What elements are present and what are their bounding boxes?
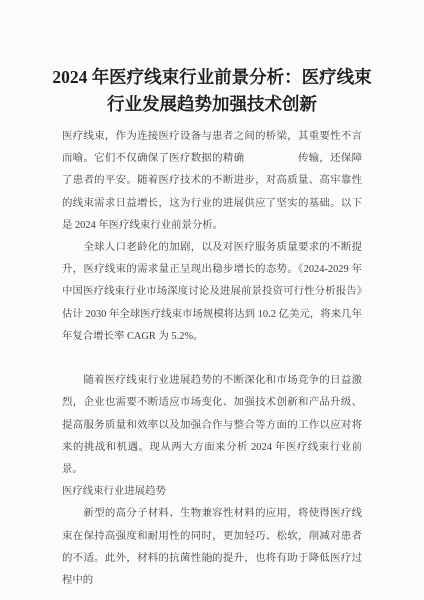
paragraph-intro: 医疗线束，作为连接医疗设备与患者之间的桥梁，其重要性不言而喻。它们不仅确保了医疗…: [62, 126, 362, 237]
paragraph-materials: 新型的高分子材料、生物兼容性材料的应用，将使得医疗线束在保持高强度和耐用性的同时…: [62, 503, 362, 592]
article-title: 2024 年医疗线束行业前景分析：医疗线束 行业发展趋势加强技术创新: [28, 64, 396, 118]
article-title-line-1: 2024 年医疗线束行业前景分析：医疗线束: [28, 64, 396, 91]
section-heading-trends: 医疗线束行业进展趋势: [62, 481, 362, 503]
paragraph-market-size: 全球人口老龄化的加剧，以及对医疗服务质量要求的不断提升，医疗线束的需求量正呈现出…: [62, 237, 362, 348]
paragraph-competition: 随着医疗线束行业进展趋势的不断深化和市场竞争的日益激烈，企业也需要不断适应市场变…: [62, 370, 362, 481]
document-page: 2024 年医疗线束行业前景分析：医疗线束 行业发展趋势加强技术创新 医疗线束，…: [0, 0, 424, 600]
paragraph-spacer: [62, 348, 362, 370]
article-body: 医疗线束，作为连接医疗设备与患者之间的桥梁，其重要性不言而喻。它们不仅确保了医疗…: [62, 126, 362, 592]
page-number: -1-: [0, 553, 424, 563]
article-title-line-2: 行业发展趋势加强技术创新: [28, 91, 396, 118]
